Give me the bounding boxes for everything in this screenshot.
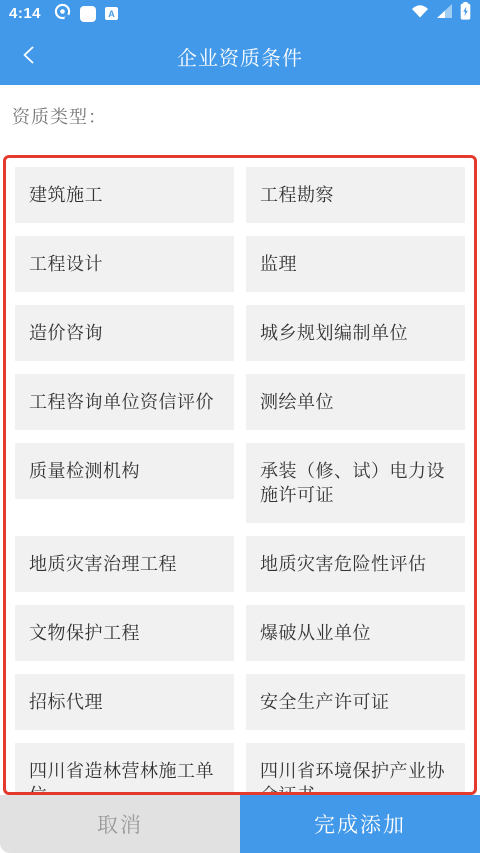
qualification-option[interactable]: 地质灾害治理工程 xyxy=(15,536,234,592)
grid-row: 工程咨询单位资信评价 测绘单位 xyxy=(15,374,465,430)
record-icon xyxy=(54,3,71,25)
qualification-option[interactable]: 工程设计 xyxy=(15,236,234,292)
wifi-icon xyxy=(411,4,429,23)
qualification-option[interactable]: 城乡规划编制单位 xyxy=(246,305,465,361)
qualification-option[interactable]: 质量检测机构 xyxy=(15,443,234,499)
qualification-option[interactable]: 四川省环境保护产业协会证书 xyxy=(246,743,465,795)
status-bar-left-icons: A xyxy=(54,3,118,25)
header: 企业资质条件 xyxy=(0,27,480,85)
grid-row: 质量检测机构 承装（修、试）电力设施许可证 xyxy=(15,443,465,523)
app-square-icon xyxy=(80,6,96,22)
grid-row: 文物保护工程 爆破从业单位 xyxy=(15,605,465,661)
letter-a-icon: A xyxy=(105,7,118,20)
grid-row: 工程设计 监理 xyxy=(15,236,465,292)
qualification-option[interactable]: 造价咨询 xyxy=(15,305,234,361)
signal-icon xyxy=(436,3,453,24)
grid-row: 建筑施工 工程勘察 xyxy=(15,167,465,223)
cancel-button[interactable]: 取消 xyxy=(0,795,240,853)
grid-row: 招标代理 安全生产许可证 xyxy=(15,674,465,730)
qualification-option[interactable]: 爆破从业单位 xyxy=(246,605,465,661)
qualification-option[interactable]: 监理 xyxy=(246,236,465,292)
qualification-option[interactable]: 承装（修、试）电力设施许可证 xyxy=(246,443,465,523)
grid-row: 造价咨询 城乡规划编制单位 xyxy=(15,305,465,361)
qualification-option[interactable]: 建筑施工 xyxy=(15,167,234,223)
qualification-option[interactable]: 地质灾害危险性评估 xyxy=(246,536,465,592)
app-screen: 4:14 A xyxy=(0,0,480,853)
grid-row: 地质灾害治理工程 地质灾害危险性评估 xyxy=(15,536,465,592)
qualification-option[interactable]: 文物保护工程 xyxy=(15,605,234,661)
qualification-type-label: 资质类型： xyxy=(12,103,480,129)
page-title: 企业资质条件 xyxy=(0,42,480,71)
qualification-option[interactable]: 四川省造林营林施工单位 xyxy=(15,743,234,795)
back-button[interactable] xyxy=(0,27,58,85)
qualification-option[interactable]: 工程勘察 xyxy=(246,167,465,223)
qualification-options-box: 建筑施工 工程勘察 工程设计 监理 造价咨询 城乡规划编制单位 工程咨询单位资信… xyxy=(3,155,477,795)
content: 资质类型： 建筑施工 工程勘察 工程设计 监理 造价咨询 城乡规划编制单位 工程… xyxy=(0,103,480,795)
status-bar-right-icons xyxy=(411,2,471,25)
status-bar: 4:14 A xyxy=(0,0,480,27)
qualification-option[interactable]: 测绘单位 xyxy=(246,374,465,430)
chevron-left-icon xyxy=(20,45,38,68)
grid-row: 四川省造林营林施工单位 四川省环境保护产业协会证书 xyxy=(15,743,465,795)
qualification-option[interactable]: 招标代理 xyxy=(15,674,234,730)
clock: 4:14 xyxy=(9,5,41,22)
footer-bar: 取消 完成添加 xyxy=(0,795,480,853)
qualification-option[interactable]: 安全生产许可证 xyxy=(246,674,465,730)
confirm-add-button[interactable]: 完成添加 xyxy=(240,795,480,853)
qualification-option[interactable]: 工程咨询单位资信评价 xyxy=(15,374,234,430)
battery-charging-icon xyxy=(460,2,471,25)
